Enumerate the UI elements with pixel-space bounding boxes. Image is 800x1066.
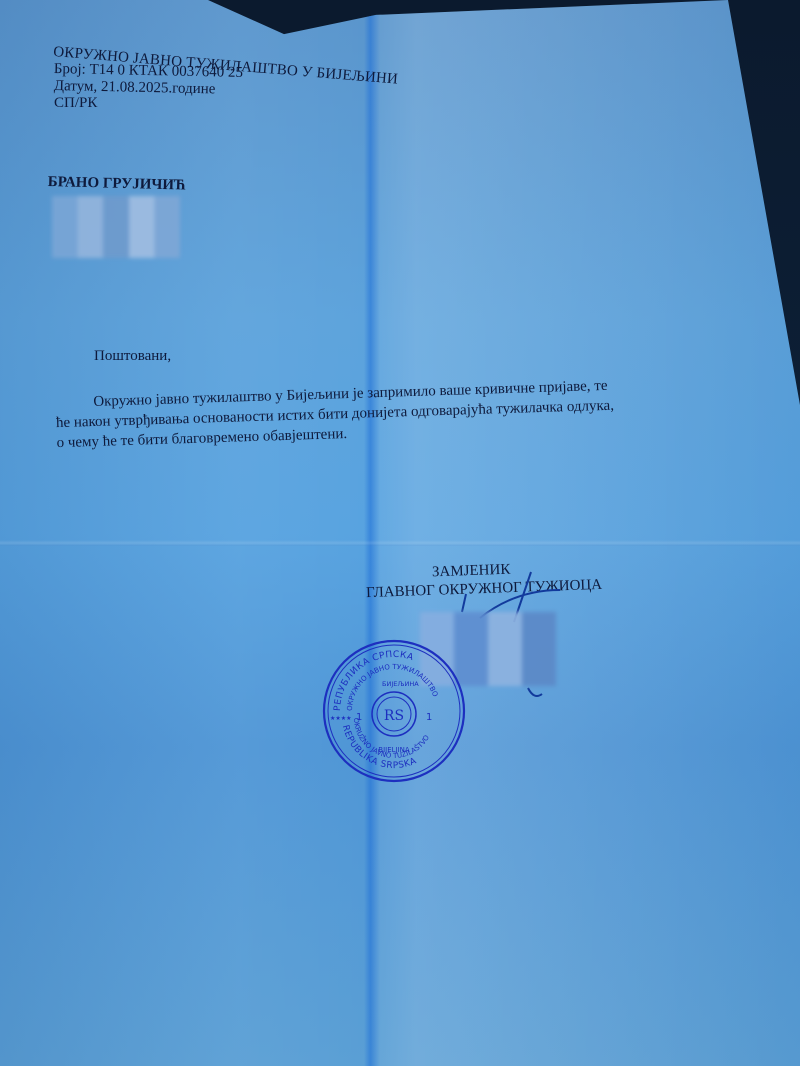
- stamp-inner-bottom-city: BIJELJINA: [378, 746, 410, 754]
- stamp-right-number: 1: [426, 712, 432, 723]
- stamp-emblem: RS: [384, 708, 404, 724]
- signature-scribble: [0, 0, 800, 1066]
- stamp-inner-city: БИЈЕЉИНА: [382, 680, 419, 688]
- svg-text:★★★★: ★★★★: [330, 715, 352, 722]
- letter-paper: ОКРУЖНО ЈАВНО ТУЖИЛАШТВО У БИЈЕЉИНИ Број…: [0, 0, 800, 1066]
- official-stamp: РЕПУБЛИКА СРПСКА ОКРУЖНО ЈАВНО ТУЖИЛАШТВ…: [320, 636, 468, 786]
